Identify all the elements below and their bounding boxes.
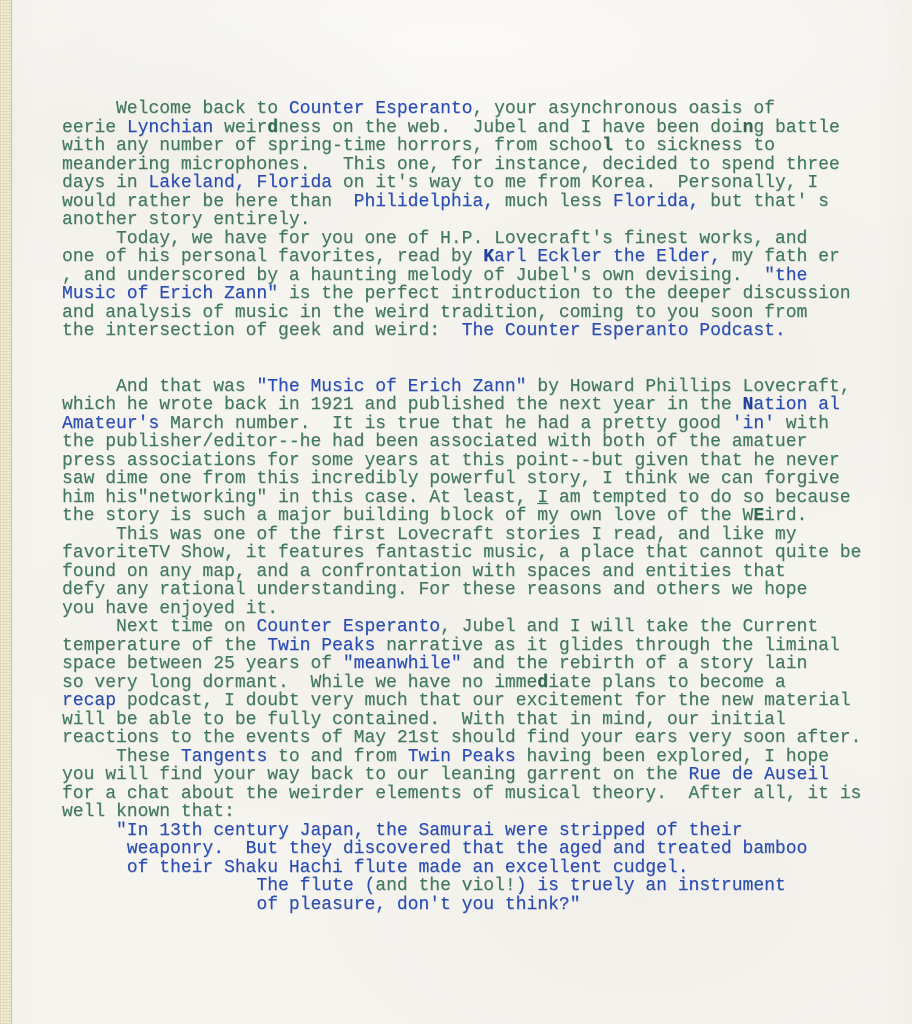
typewritten-text: Welcome back to Counter Esperanto, your … xyxy=(62,100,912,914)
document-line: This was one of the first Lovecraft stor… xyxy=(62,526,912,545)
document-line: recap podcast, I doubt very much that ou… xyxy=(62,692,912,711)
green-ink-text: podcast, I doubt very much that our exci… xyxy=(116,691,851,711)
blue-ink-text: The flute ( xyxy=(62,876,375,896)
blue-ink-text: ation al xyxy=(753,395,839,415)
page: { "page": { "paper_color": "#f6f4ef", "e… xyxy=(0,0,912,1024)
green-ink-text: , Jubel and I will take the Current xyxy=(440,617,818,637)
green-ink-text: which he wrote back in 1921 and publishe… xyxy=(62,395,743,415)
green-ink-text: space between 25 years of xyxy=(62,654,343,674)
document-line: favoriteTV Show, it features fantastic m… xyxy=(62,544,912,563)
blue-ink-text: Lakeland, Florida xyxy=(148,173,332,193)
green-ink-text: having been explored, I hope xyxy=(516,747,829,767)
document-line: , and underscored by a haunting melody o… xyxy=(62,267,912,286)
document-line: which he wrote back in 1921 and publishe… xyxy=(62,396,912,415)
green-ink-text: eerie xyxy=(62,118,127,138)
green-ink-text: will be able to be fully contained. With… xyxy=(62,710,786,730)
paper-edge xyxy=(0,0,12,1024)
blue-ink-text: "meanwhile" xyxy=(343,654,462,674)
green-ink-text: to and from xyxy=(267,747,407,767)
green-ink-text: ness on the web. Jubel and I have been d… xyxy=(278,118,742,138)
green-ink-text: narrative as it glides through the limin… xyxy=(375,636,839,656)
green-ink-text: the story is such a major building block… xyxy=(62,506,753,526)
document-line: the story is such a major building block… xyxy=(62,507,912,526)
document-line: days in Lakeland, Florida on it's way to… xyxy=(62,174,912,193)
green-ink-text: you will find your way back to our leani… xyxy=(62,765,689,785)
document-line: another story entirely. xyxy=(62,211,912,230)
green-ink-text: , your asynchronous oasis of xyxy=(472,99,774,119)
green-ink-text: and the viol! xyxy=(375,876,515,896)
green-ink-text: Welcome back to xyxy=(62,99,289,119)
blue-ink-text: Amateur's xyxy=(62,414,159,434)
document-line: you have enjoyed it. xyxy=(62,600,912,619)
document-line: the publisher/editor--he had been associ… xyxy=(62,433,912,452)
blue-ink-text: Florida, xyxy=(613,192,699,212)
document-line: temperature of the Twin Peaks narrative … xyxy=(62,637,912,656)
green-ink-text: and analysis of music in the weird tradi… xyxy=(62,303,807,323)
green-ink-text: one of his personal favorites, read by xyxy=(62,247,483,267)
document-line: found on any map, and a confrontation wi… xyxy=(62,563,912,582)
green-ink-text: another story entirely. xyxy=(62,210,310,230)
blue-ink-text: Lynchian xyxy=(127,118,213,138)
green-ink-text: on it's way to me from Korea. Personally… xyxy=(332,173,818,193)
green-ink-text: reactions to the events of May 21st shou… xyxy=(62,728,861,748)
green-ink-text: for a chat about the weirder elements of… xyxy=(62,784,861,804)
document-line: Music of Erich Zann" is the perfect intr… xyxy=(62,285,912,304)
green-ink-text: am tempted to do so because xyxy=(548,488,850,508)
green-ink-text: g battle xyxy=(753,118,839,138)
blue-ink-text: Twin Peaks xyxy=(408,747,516,767)
blue-ink-text: Tangents xyxy=(181,747,267,767)
green-ink-text: ird. xyxy=(764,506,807,526)
document-line: weaponry. But they discovered that the a… xyxy=(62,840,912,859)
green-ink-text: with xyxy=(775,414,829,434)
green-ink-text: to sickness to xyxy=(613,136,775,156)
document-line: meandering microphones. This one, for in… xyxy=(62,156,912,175)
blue-ink-text: N xyxy=(743,395,754,415)
blue-ink-text: of their Shaku Hachi flute made an excel… xyxy=(62,858,689,878)
green-ink-text: l xyxy=(602,136,613,156)
blue-ink-text: recap xyxy=(62,691,116,711)
green-ink-text: I xyxy=(537,488,548,508)
document-line: and analysis of music in the weird tradi… xyxy=(62,304,912,323)
document-line: will be able to be fully contained. With… xyxy=(62,711,912,730)
document-line: The flute (and the viol!) is truely an i… xyxy=(62,877,912,896)
green-ink-text: my fath er xyxy=(721,247,840,267)
blue-ink-text: The Counter Esperanto Podcast. xyxy=(462,321,786,341)
blue-ink-text: 'in' xyxy=(732,414,775,434)
document-line: him his"networking" in this case. At lea… xyxy=(62,489,912,508)
green-ink-text: you have enjoyed it. xyxy=(62,599,278,619)
document-line: of pleasure, don't you think?" xyxy=(62,896,912,915)
blue-ink-text: Counter Esperanto xyxy=(256,617,440,637)
document-line: Amateur's March number. It is true that … xyxy=(62,415,912,434)
document-line: well known that: xyxy=(62,803,912,822)
document-line: Welcome back to Counter Esperanto, your … xyxy=(62,100,912,119)
green-ink-text: , and underscored by a haunting melody o… xyxy=(62,266,764,286)
green-ink-text: saw dime one from this incredibly powerf… xyxy=(62,469,840,489)
document-line: "In 13th century Japan, the Samurai were… xyxy=(62,822,912,841)
blue-ink-text: Philidelphia, xyxy=(354,192,494,212)
green-ink-text: him his"networking" in this case. At lea… xyxy=(62,488,537,508)
green-ink-text: but that' s xyxy=(699,192,829,212)
document-line: Next time on Counter Esperanto, Jubel an… xyxy=(62,618,912,637)
green-ink-text: defy any rational understanding. For the… xyxy=(62,580,807,600)
green-ink-text: would rather be here than xyxy=(62,192,354,212)
green-ink-text: Today, we have for you one of H.P. Lovec… xyxy=(62,229,807,249)
blue-ink-text: Rue de Auseil xyxy=(689,765,829,785)
green-ink-text: iate plans to become a xyxy=(548,673,786,693)
green-ink-text: favoriteTV Show, it features fantastic m… xyxy=(62,543,861,563)
blue-ink-text: Counter Esperanto xyxy=(289,99,473,119)
blue-ink-text: "In 13th century Japan, the Samurai were… xyxy=(62,821,743,841)
blue-ink-text: of pleasure, don't you think?" xyxy=(62,895,580,915)
blue-ink-text: K xyxy=(483,247,494,267)
blue-ink-text: weaponry. But they discovered that the a… xyxy=(62,839,807,859)
document-line: of their Shaku Hachi flute made an excel… xyxy=(62,859,912,878)
blue-ink-text: arl Eckler the Elder, xyxy=(494,247,721,267)
document-line: eerie Lynchian weirdness on the web. Jub… xyxy=(62,119,912,138)
blue-ink-text: Music of Erich Zann" xyxy=(62,284,278,304)
green-ink-text: the intersection of geek and weird: xyxy=(62,321,462,341)
green-ink-text: found on any map, and a confrontation wi… xyxy=(62,562,786,582)
document-line: saw dime one from this incredibly powerf… xyxy=(62,470,912,489)
green-ink-text: E xyxy=(753,506,764,526)
green-ink-text: by Howard Phillips Lovecraft, xyxy=(526,377,850,397)
green-ink-text: weir xyxy=(213,118,267,138)
green-ink-text: days in xyxy=(62,173,148,193)
document-line: with any number of spring-time horrors, … xyxy=(62,137,912,156)
document-line: defy any rational understanding. For the… xyxy=(62,581,912,600)
document-line: reactions to the events of May 21st shou… xyxy=(62,729,912,748)
blue-ink-text: Twin Peaks xyxy=(267,636,375,656)
blue-ink-text: "The Music of Erich Zann" xyxy=(256,377,526,397)
green-ink-text: And that was xyxy=(62,377,256,397)
document-line: one of his personal favorites, read by K… xyxy=(62,248,912,267)
green-ink-text: is the perfect introduction to the deepe… xyxy=(278,284,851,304)
green-ink-text: temperature of the xyxy=(62,636,267,656)
document-line: for a chat about the weirder elements of… xyxy=(62,785,912,804)
document-line: the intersection of geek and weird: The … xyxy=(62,322,912,341)
document-line: you will find your way back to our leani… xyxy=(62,766,912,785)
blue-ink-text: "the xyxy=(764,266,807,286)
document-line: space between 25 years of "meanwhile" an… xyxy=(62,655,912,674)
document-line: These Tangents to and from Twin Peaks ha… xyxy=(62,748,912,767)
document-line: press associations for some years at thi… xyxy=(62,452,912,471)
green-ink-text: This was one of the first Lovecraft stor… xyxy=(62,525,797,545)
green-ink-text: with any number of spring-time horrors, … xyxy=(62,136,602,156)
green-ink-text: meandering microphones. This one, for in… xyxy=(62,155,840,175)
green-ink-text: and the rebirth of a story lain xyxy=(462,654,808,674)
green-ink-text: press associations for some years at thi… xyxy=(62,451,840,471)
green-ink-text: much less xyxy=(494,192,613,212)
green-ink-text: March number. It is true that he had a p… xyxy=(159,414,732,434)
blue-ink-text: ) is truely an instrument xyxy=(516,876,786,896)
green-ink-text: d xyxy=(537,673,548,693)
green-ink-text: the publisher/editor--he had been associ… xyxy=(62,432,807,452)
green-ink-text: well known that: xyxy=(62,802,235,822)
document-line: Today, we have for you one of H.P. Lovec… xyxy=(62,230,912,249)
document-line: And that was "The Music of Erich Zann" b… xyxy=(62,378,912,397)
green-ink-text: so very long dormant. While we have no i… xyxy=(62,673,537,693)
green-ink-text: Next time on xyxy=(62,617,256,637)
paper: Welcome back to Counter Esperanto, your … xyxy=(0,0,912,1024)
document-line: so very long dormant. While we have no i… xyxy=(62,674,912,693)
green-ink-text: d xyxy=(267,118,278,138)
green-ink-text: n xyxy=(743,118,754,138)
document-line: would rather be here than Philidelphia, … xyxy=(62,193,912,212)
green-ink-text: These xyxy=(62,747,181,767)
